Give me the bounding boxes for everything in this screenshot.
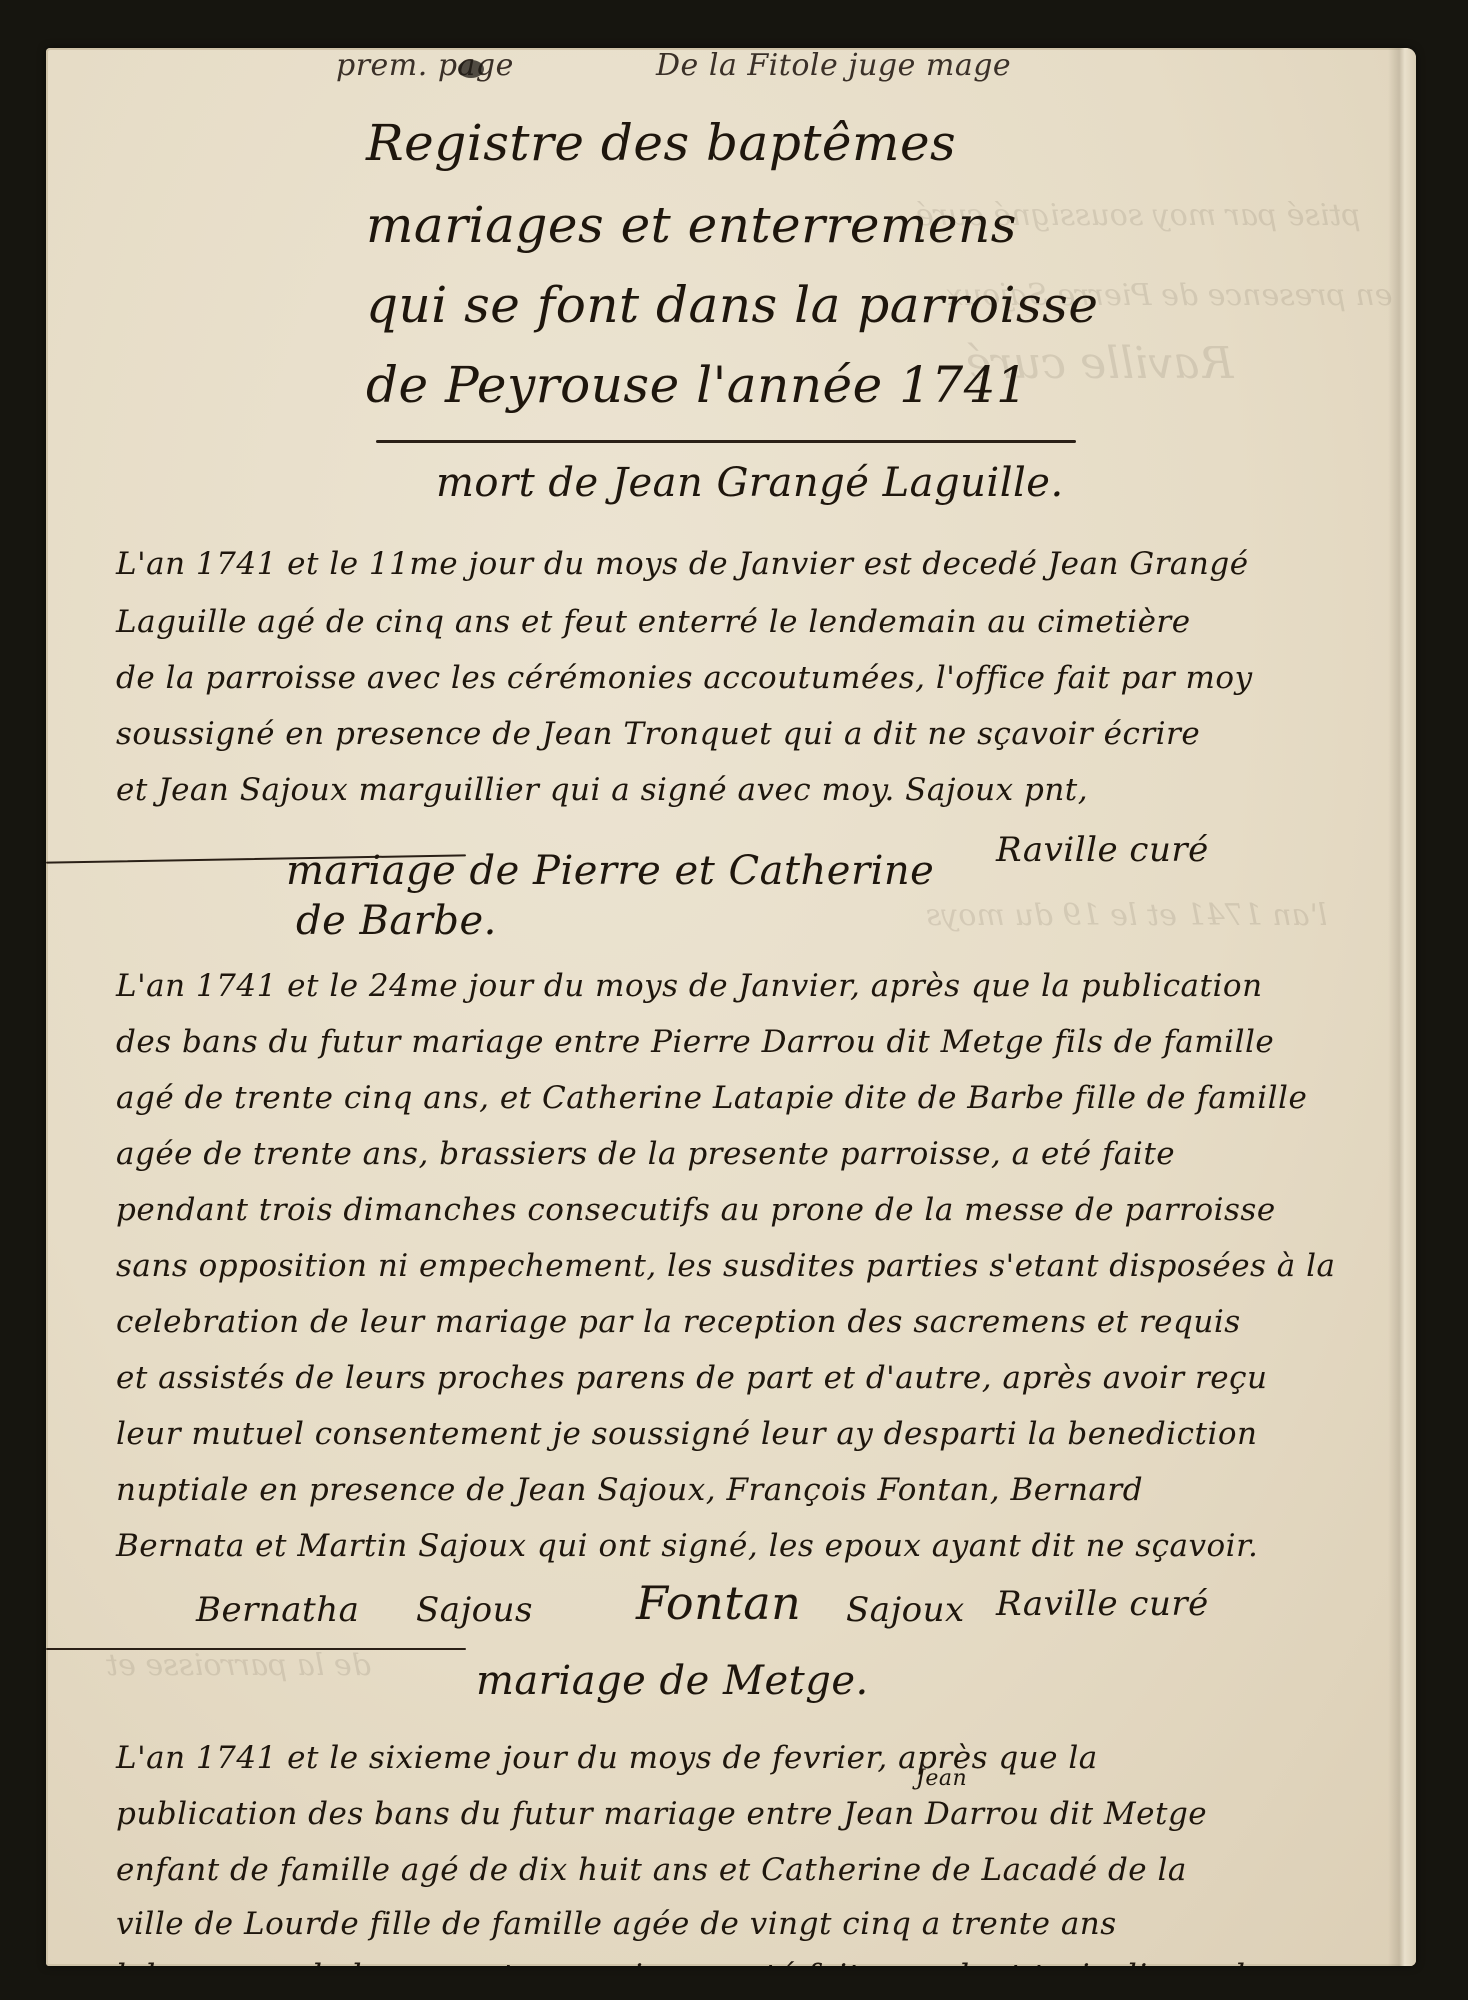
entry-2-line: L'an 1741 et le 24me jour du moys de Jan… [116,968,1263,1004]
signature-raville: Raville curé [996,1584,1209,1624]
entry-1-line: L'an 1741 et le 11me jour du moys de Jan… [116,546,1249,582]
title-line-4: de Peyrouse l'année 1741 [366,356,1028,414]
entry-2-heading-cont: de Barbe. [296,898,497,944]
curate-signature: Raville curé [996,830,1209,870]
marginal-note: De la Fitole juge mage [656,48,1011,83]
title-line-1: Registre des baptêmes [366,114,956,172]
entry-2-line: agée de trente ans, brassiers de la pres… [116,1136,1175,1172]
title-underline [376,440,1076,443]
title-line-2: mariages et enterremens [366,196,1017,254]
entry-1-heading: mort de Jean Grangé Laguille. [436,460,1064,506]
entry-2-line: nuptiale en presence de Jean Sajoux, Fra… [116,1472,1143,1508]
entry-2-line: des bans du futur mariage entre Pierre D… [116,1024,1274,1060]
signature-sajoux: Sajoux [846,1590,965,1630]
entry-2-line: Bernata et Martin Sajoux qui ont signé, … [116,1528,1258,1564]
page-number-note: prem. page [336,48,514,83]
show-through-text: de la parroisse et [106,1648,371,1683]
entry-3-line: enfant de famille agé de dix huit ans et… [116,1852,1187,1888]
signature-sajous: Sajous [416,1590,533,1630]
entry-divider [46,1648,466,1650]
entry-3-heading: mariage de Metge. [476,1658,869,1704]
register-page: ptisé par moy soussigné curé en presence… [46,48,1416,1966]
entry-1-line: et Jean Sajoux marguillier qui a signé a… [116,772,1088,808]
show-through-text: l'an 1741 et le 19 du moys [926,898,1327,933]
ink-blot [458,60,484,78]
entry-2-line: pendant trois dimanches consecutifs au p… [116,1192,1276,1228]
entry-2-line: leur mutuel consentement je soussigné le… [116,1416,1258,1452]
entry-3-line: laboureurs de la presente parroisse, a e… [116,1958,1291,1966]
entry-1-line: de la parroisse avec les cérémonies acco… [116,660,1253,696]
entry-2-line: celebration de leur mariage par la recep… [116,1304,1241,1340]
entry-2-line: agé de trente cinq ans, et Catherine Lat… [116,1080,1307,1116]
entry-3-line: ville de Lourde fille de famille agée de… [116,1906,1117,1942]
entry-2-line: sans opposition ni empechement, les susd… [116,1248,1336,1284]
entry-1-line: soussigné en presence de Jean Tronquet q… [116,716,1200,752]
signature-fontan: Fontan [636,1576,801,1630]
entry-3-line: publication des bans du futur mariage en… [116,1796,1207,1832]
entry-2-line: et assistés de leurs proches parens de p… [116,1360,1267,1396]
entry-2-heading: mariage de Pierre et Catherine [286,848,934,894]
title-line-3: qui se font dans la parroisse [366,276,1098,334]
interlinear-correction: Jean [916,1766,967,1791]
entry-1-line: Laguille agé de cinq ans et feut enterré… [116,604,1191,640]
signature-bernatha: Bernatha [196,1590,359,1630]
